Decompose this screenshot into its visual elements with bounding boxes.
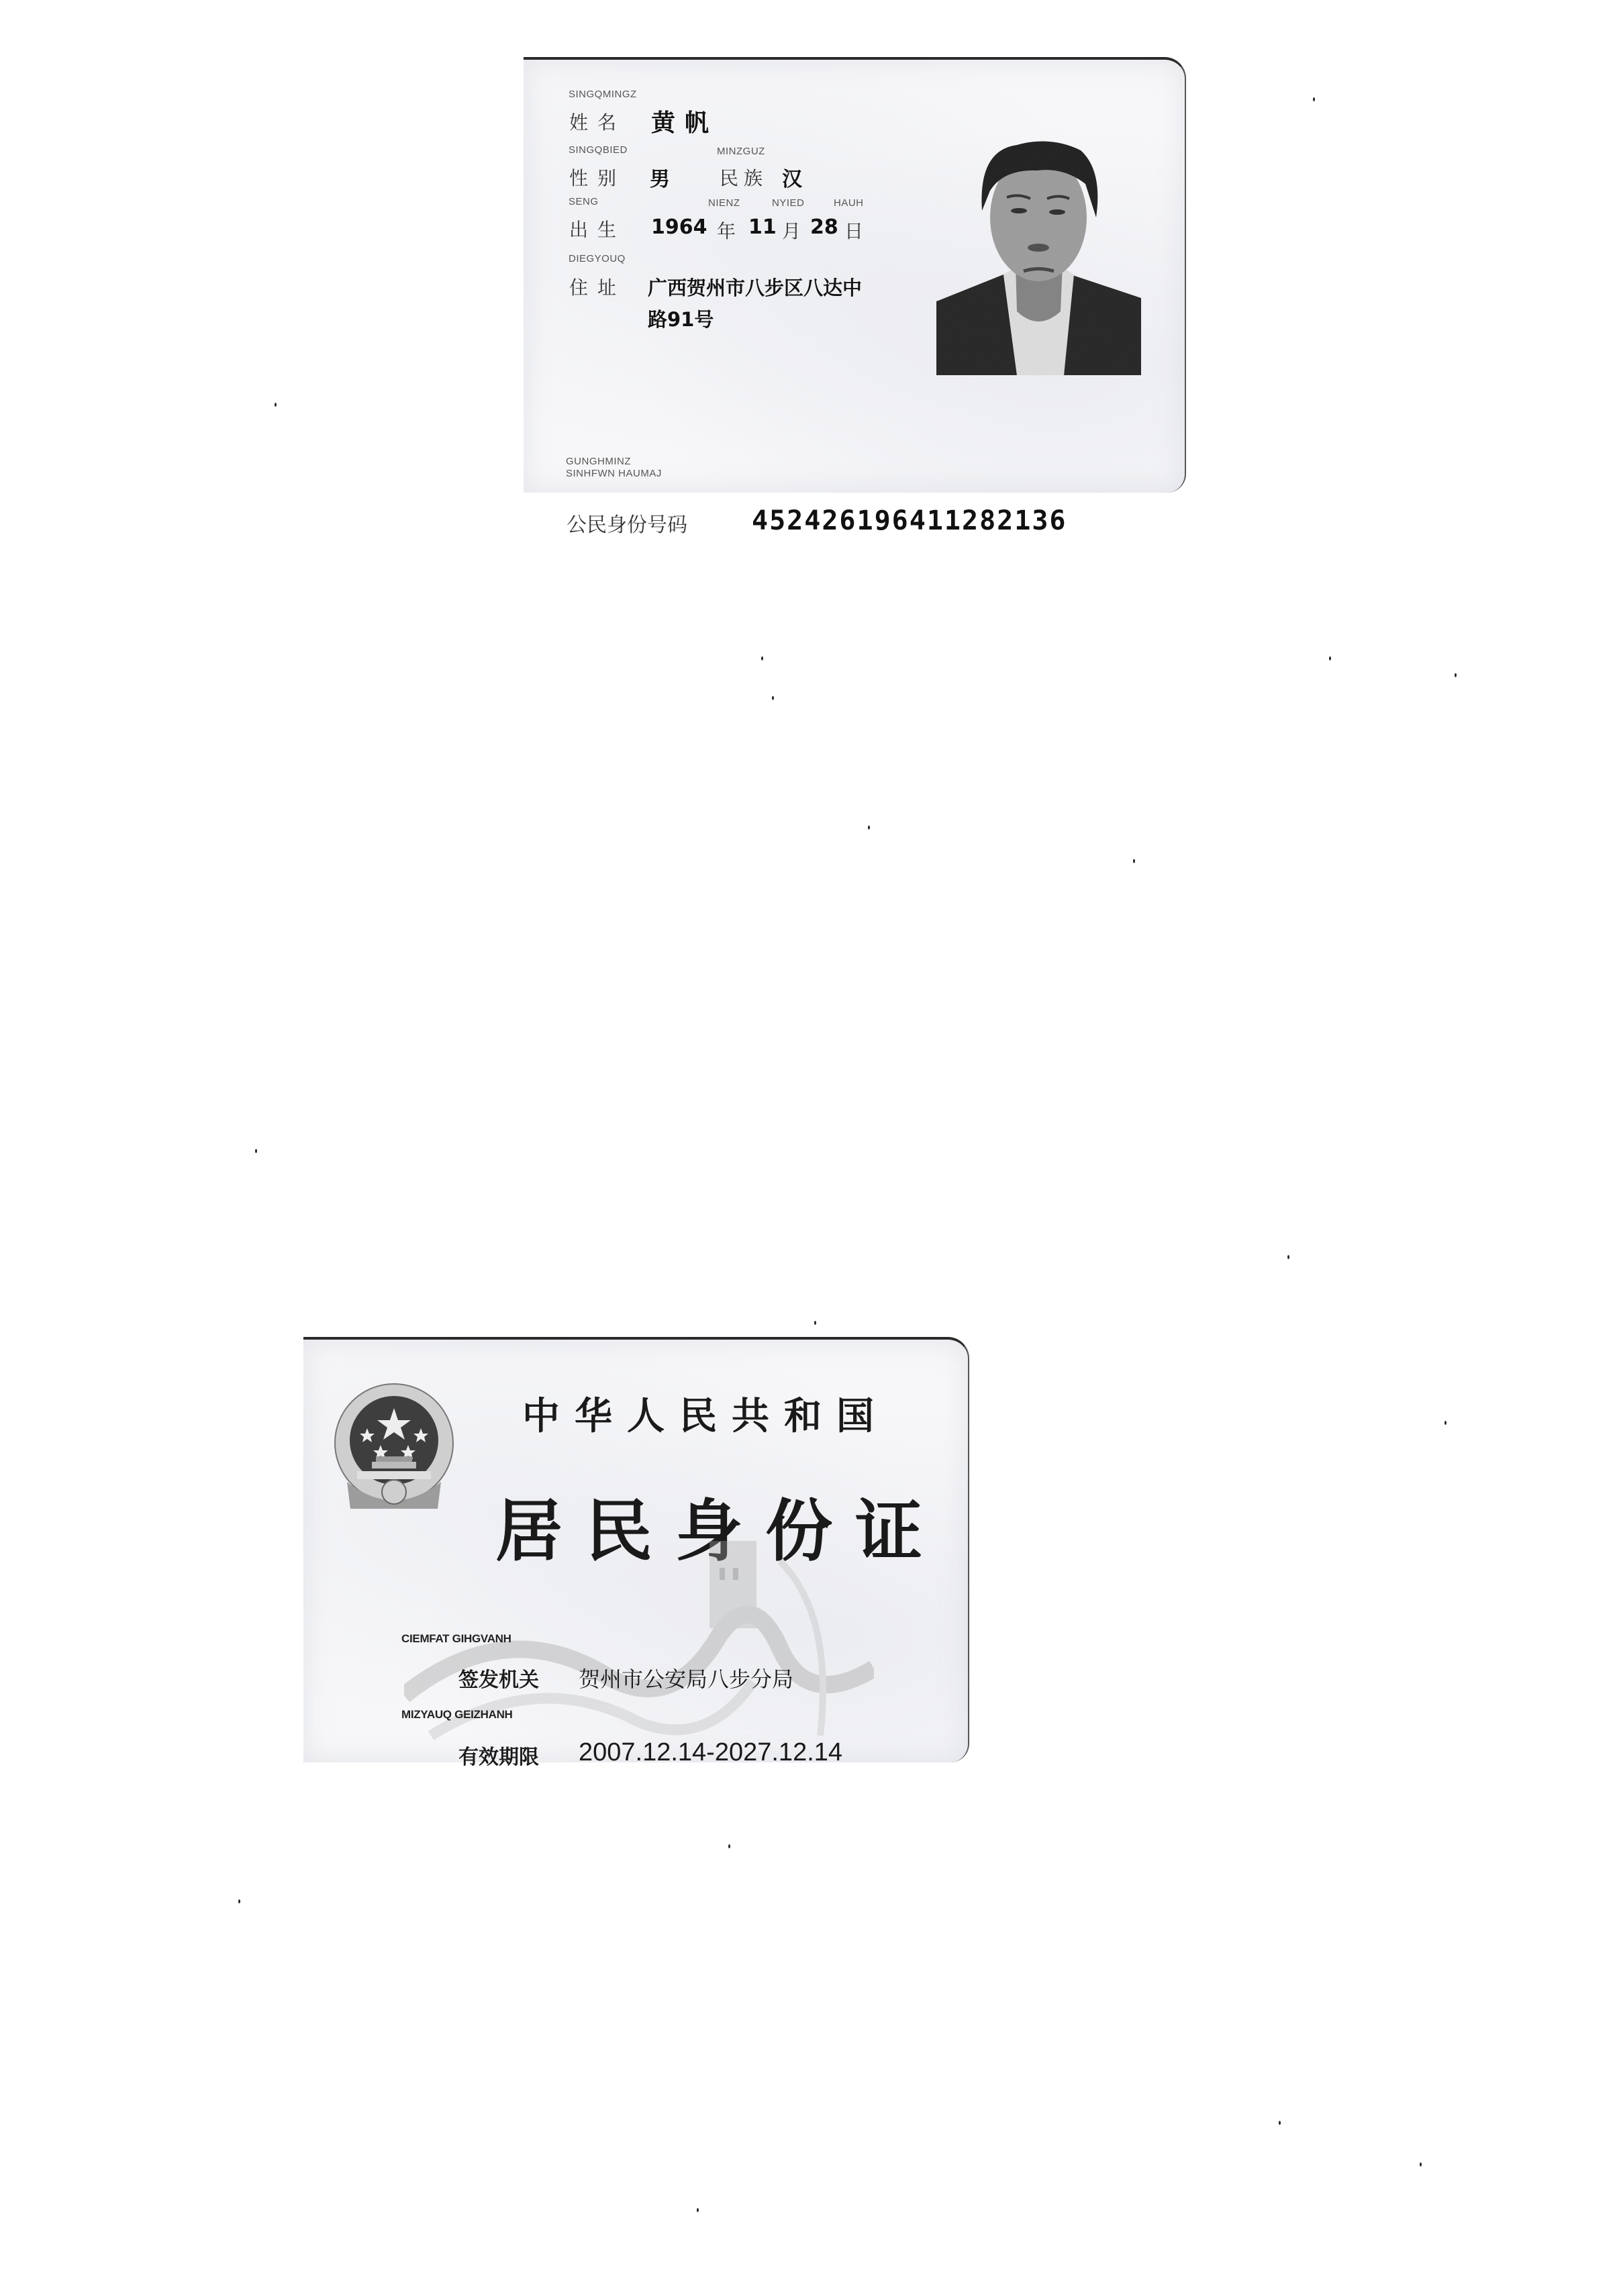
- validity-value: 2007.12.14-2027.12.14: [579, 1738, 842, 1767]
- sex-pinyin: SINGQBIED: [569, 144, 628, 156]
- id-card-front: SINGQMINGZ 姓名 黄帆 SINGQBIED MINZGUZ 性别 男 …: [524, 57, 1186, 493]
- validity-label: 有效期限: [458, 1740, 539, 1770]
- sex-value: 男: [650, 162, 670, 192]
- ethnicity-value: 汉: [782, 162, 802, 192]
- ethnicity-pinyin: MINZGUZ: [717, 146, 765, 157]
- birth-day: 28: [810, 215, 838, 239]
- month-pinyin: NYIED: [772, 197, 804, 209]
- id-pinyin-line-1: GUNGHMINZ: [566, 456, 631, 467]
- address-pinyin: DIEGYOUQ: [569, 253, 626, 264]
- id-number-value: 452426196411282136: [752, 505, 1067, 536]
- ethnicity-label: 民族: [720, 164, 768, 191]
- birth-label: 出生: [569, 215, 626, 242]
- sex-label: 性别: [569, 164, 626, 191]
- portrait-icon: [936, 130, 1141, 375]
- validity-pinyin: MIZYAUQ GEIZHANH: [401, 1708, 513, 1721]
- year-pinyin: NIENZ: [708, 197, 740, 209]
- national-emblem: [330, 1381, 458, 1512]
- birth-day-unit: 日: [844, 217, 863, 244]
- birth-year: 1964: [651, 215, 707, 239]
- address-line-2: 路91号: [648, 305, 714, 332]
- authority-label: 签发机关: [458, 1663, 539, 1693]
- birth-month-unit: 月: [782, 217, 801, 244]
- birth-pinyin: SENG: [569, 196, 599, 207]
- birth-year-unit: 年: [717, 217, 736, 244]
- id-card-back: 中华人民共和国 居民身份证 CIEMFAT GIHGVANH 签发机关 贺州市公…: [303, 1337, 969, 1762]
- id-pinyin-line-2: SINHFWN HAUMAJ: [566, 468, 662, 479]
- portrait-photo: [936, 130, 1141, 375]
- day-pinyin: HAUH: [834, 197, 864, 209]
- name-value: 黄帆: [651, 104, 718, 138]
- country-title: 中华人民共和国: [522, 1387, 889, 1440]
- id-number-label: 公民身份号码: [567, 508, 687, 538]
- national-emblem-icon: [330, 1381, 458, 1512]
- address-label: 住址: [569, 273, 626, 300]
- authority-pinyin: CIEMFAT GIHGVANH: [401, 1632, 511, 1646]
- birth-month: 11: [748, 215, 777, 239]
- name-label: 姓名: [569, 108, 626, 135]
- address-line-1: 广西贺州市八步区八达中: [648, 273, 862, 301]
- name-pinyin: SINGQMINGZ: [569, 89, 637, 100]
- authority-value: 贺州市公安局八步分局: [579, 1662, 793, 1693]
